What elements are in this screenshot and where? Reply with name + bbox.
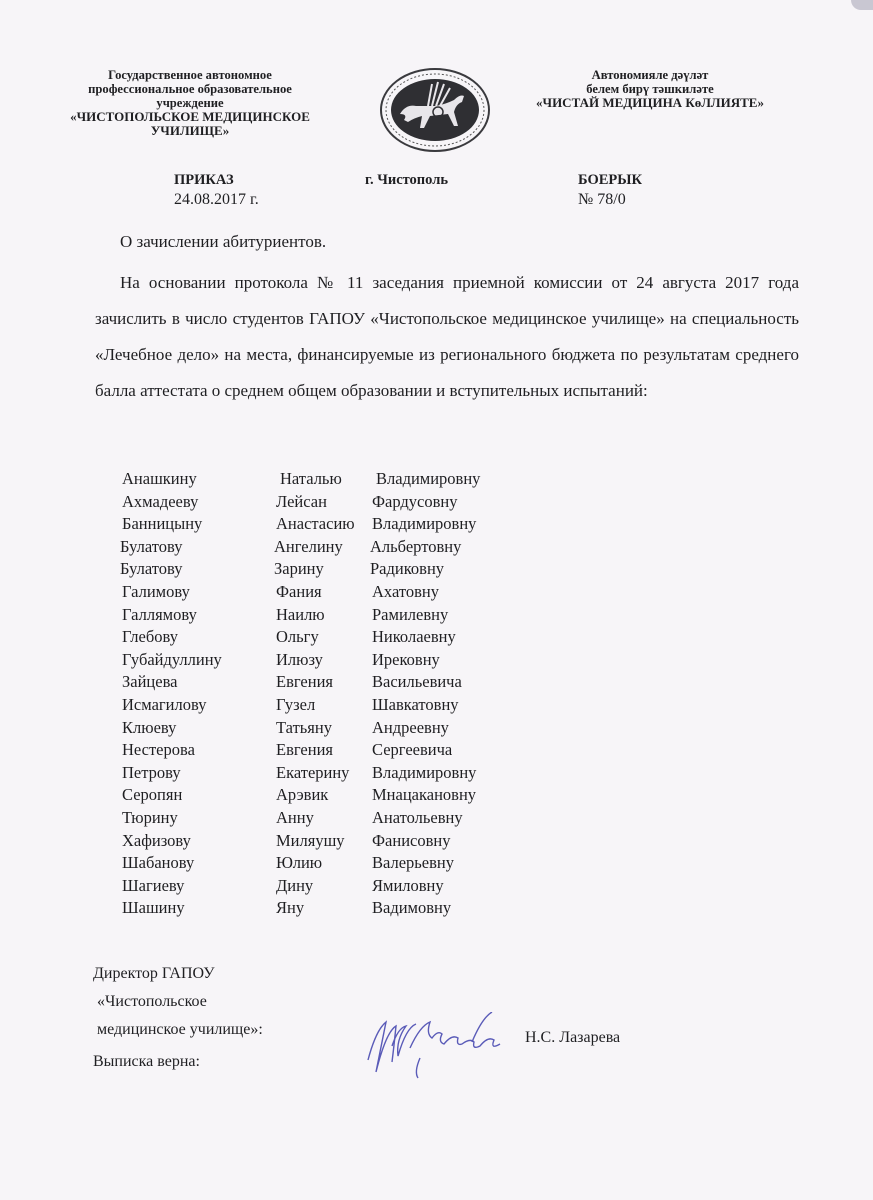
student-patronymic: Вадимовну	[372, 897, 451, 920]
order-date: 24.08.2017 г.	[174, 190, 259, 210]
student-row: ГаллямовуНаилюРамилевну	[122, 604, 480, 627]
student-patronymic: Николаевну	[372, 626, 456, 649]
certified-copy-label: Выписка верна:	[93, 1048, 263, 1076]
header-right-line: Автономияле дәүләт	[530, 68, 770, 82]
student-list: АнашкинуНатальюВладимировнуАхмадеевуЛейс…	[122, 468, 480, 920]
student-patronymic: Ирековну	[372, 649, 440, 672]
student-name: Ольгу	[276, 626, 372, 649]
tatarstan-coat-of-arms-icon	[378, 66, 492, 154]
student-patronymic: Владимировну	[376, 468, 480, 491]
student-surname: Ахмадееву	[122, 491, 276, 514]
order-title-ru: ПРИКАЗ	[174, 170, 259, 190]
student-surname: Булатову	[120, 536, 274, 559]
student-row: ХафизовуМиляушуФанисовну	[122, 830, 480, 853]
student-surname: Серопян	[122, 784, 276, 807]
student-name: Миляушу	[276, 830, 372, 853]
header-left-line: УЧИЛИЩЕ»	[55, 124, 325, 138]
student-surname: Клюеву	[122, 717, 276, 740]
student-row: АнашкинуНатальюВладимировну	[122, 468, 480, 491]
student-name: Илюзу	[276, 649, 372, 672]
student-surname: Анашкину	[122, 468, 276, 491]
student-patronymic: Рамилевну	[372, 604, 448, 627]
header-left-line: Государственное автономное	[55, 68, 325, 82]
student-patronymic: Андреевну	[372, 717, 449, 740]
student-name: Наталью	[276, 468, 376, 491]
signature-position-line: медицинское училище»:	[93, 1016, 263, 1044]
signature-position-line: «Чистопольское	[93, 988, 263, 1016]
student-patronymic: Фанисовну	[372, 830, 450, 853]
student-surname: Булатову	[120, 558, 274, 581]
student-patronymic: Анатольевну	[372, 807, 463, 830]
student-row: СеропянАрэвикМнацакановну	[122, 784, 480, 807]
student-name: Анастасию	[276, 513, 372, 536]
handwritten-signature-icon	[360, 1012, 530, 1082]
header-left-russian: Государственное автономное профессиональ…	[55, 68, 325, 138]
student-surname: Галлямову	[122, 604, 276, 627]
student-name: Юлию	[276, 852, 372, 875]
student-row: ШашинуЯнуВадимовну	[122, 897, 480, 920]
student-name: Евгения	[276, 739, 372, 762]
order-left: ПРИКАЗ 24.08.2017 г.	[174, 170, 259, 210]
student-name: Ангелину	[274, 536, 370, 559]
student-surname: Тюрину	[122, 807, 276, 830]
student-name: Фания	[276, 581, 372, 604]
student-surname: Шабанову	[122, 852, 276, 875]
student-row: КлюевуТатьянуАндреевну	[122, 717, 480, 740]
signer-name: Н.С. Лазарева	[525, 1024, 620, 1052]
signature-block: Директор ГАПОУ «Чистопольское медицинско…	[93, 960, 263, 1076]
student-patronymic: Альбертовну	[370, 536, 461, 559]
signature-position-line: Директор ГАПОУ	[93, 960, 263, 988]
student-name: Екатерину	[276, 762, 372, 785]
order-paragraph: На основании протокола № 11 заседания пр…	[95, 265, 799, 409]
student-row: ГлебовуОльгуНиколаевну	[122, 626, 480, 649]
student-surname: Глебову	[122, 626, 276, 649]
student-surname: Галимову	[122, 581, 276, 604]
student-surname: Банницыну	[122, 513, 276, 536]
header-right-tatar: Автономияле дәүләт белем бирү тәшкиләте …	[530, 68, 770, 110]
order-title-tt: БОЕРЫК	[578, 170, 642, 190]
header-left-line: учреждение	[55, 96, 325, 110]
student-surname: Хафизову	[122, 830, 276, 853]
order-right: БОЕРЫК № 78/0	[578, 170, 642, 210]
student-name: Лейсан	[276, 491, 372, 514]
student-name: Татьяну	[276, 717, 372, 740]
header-right-line: белем бирү тәшкиләте	[530, 82, 770, 96]
order-city-block: г. Чистополь	[365, 170, 448, 190]
student-name: Наилю	[276, 604, 372, 627]
student-surname: Губайдуллину	[122, 649, 276, 672]
student-patronymic: Фардусовну	[372, 491, 457, 514]
student-name: Гузел	[276, 694, 372, 717]
student-row: БулатовуАнгелинуАльбертовну	[122, 536, 480, 559]
order-city: г. Чистополь	[365, 170, 448, 190]
student-row: АхмадеевуЛейсанФардусовну	[122, 491, 480, 514]
student-patronymic: Васильевича	[372, 671, 462, 694]
student-surname: Исмагилову	[122, 694, 276, 717]
student-row: НестероваЕвгенияСергеевича	[122, 739, 480, 762]
student-patronymic: Радиковну	[370, 558, 444, 581]
header-right-line: «ЧИСТАЙ МЕДИЦИНА КөЛЛИЯТЕ»	[530, 96, 770, 110]
student-name: Зарину	[274, 558, 370, 581]
student-row: ПетровуЕкатеринуВладимировну	[122, 762, 480, 785]
student-row: БулатовуЗаринуРадиковну	[122, 558, 480, 581]
student-name: Яну	[276, 897, 372, 920]
student-surname: Петрову	[122, 762, 276, 785]
order-subject: О зачислении абитуриентов.	[120, 232, 326, 252]
student-patronymic: Ямиловну	[372, 875, 444, 898]
student-surname: Зайцева	[122, 671, 276, 694]
student-surname: Шагиеву	[122, 875, 276, 898]
student-name: Арэвик	[276, 784, 372, 807]
student-name: Анну	[276, 807, 372, 830]
student-patronymic: Сергеевича	[372, 739, 452, 762]
student-row: ШабановуЮлиюВалерьевну	[122, 852, 480, 875]
order-number: № 78/0	[578, 190, 642, 210]
student-row: ГалимовуФанияАхатовну	[122, 581, 480, 604]
student-patronymic: Владимировну	[372, 513, 476, 536]
student-patronymic: Владимировну	[372, 762, 476, 785]
student-row: ГубайдуллинуИлюзуИрековну	[122, 649, 480, 672]
student-name: Дину	[276, 875, 372, 898]
student-row: ШагиевуДинуЯмиловну	[122, 875, 480, 898]
student-row: ТюринуАннуАнатольевну	[122, 807, 480, 830]
page-corner-fold	[851, 0, 873, 10]
student-patronymic: Ахатовну	[372, 581, 439, 604]
student-row: БанницынуАнастасиюВладимировну	[122, 513, 480, 536]
student-patronymic: Шавкатовну	[372, 694, 459, 717]
header-left-line: «ЧИСТОПОЛЬСКОЕ МЕДИЦИНСКОЕ	[55, 110, 325, 124]
student-name: Евгения	[276, 671, 372, 694]
student-row: ЗайцеваЕвгенияВасильевича	[122, 671, 480, 694]
student-patronymic: Валерьевну	[372, 852, 454, 875]
header-left-line: профессиональное образовательное	[55, 82, 325, 96]
student-surname: Шашину	[122, 897, 276, 920]
student-row: ИсмагиловуГузелШавкатовну	[122, 694, 480, 717]
student-surname: Нестерова	[122, 739, 276, 762]
student-patronymic: Мнацакановну	[372, 784, 476, 807]
